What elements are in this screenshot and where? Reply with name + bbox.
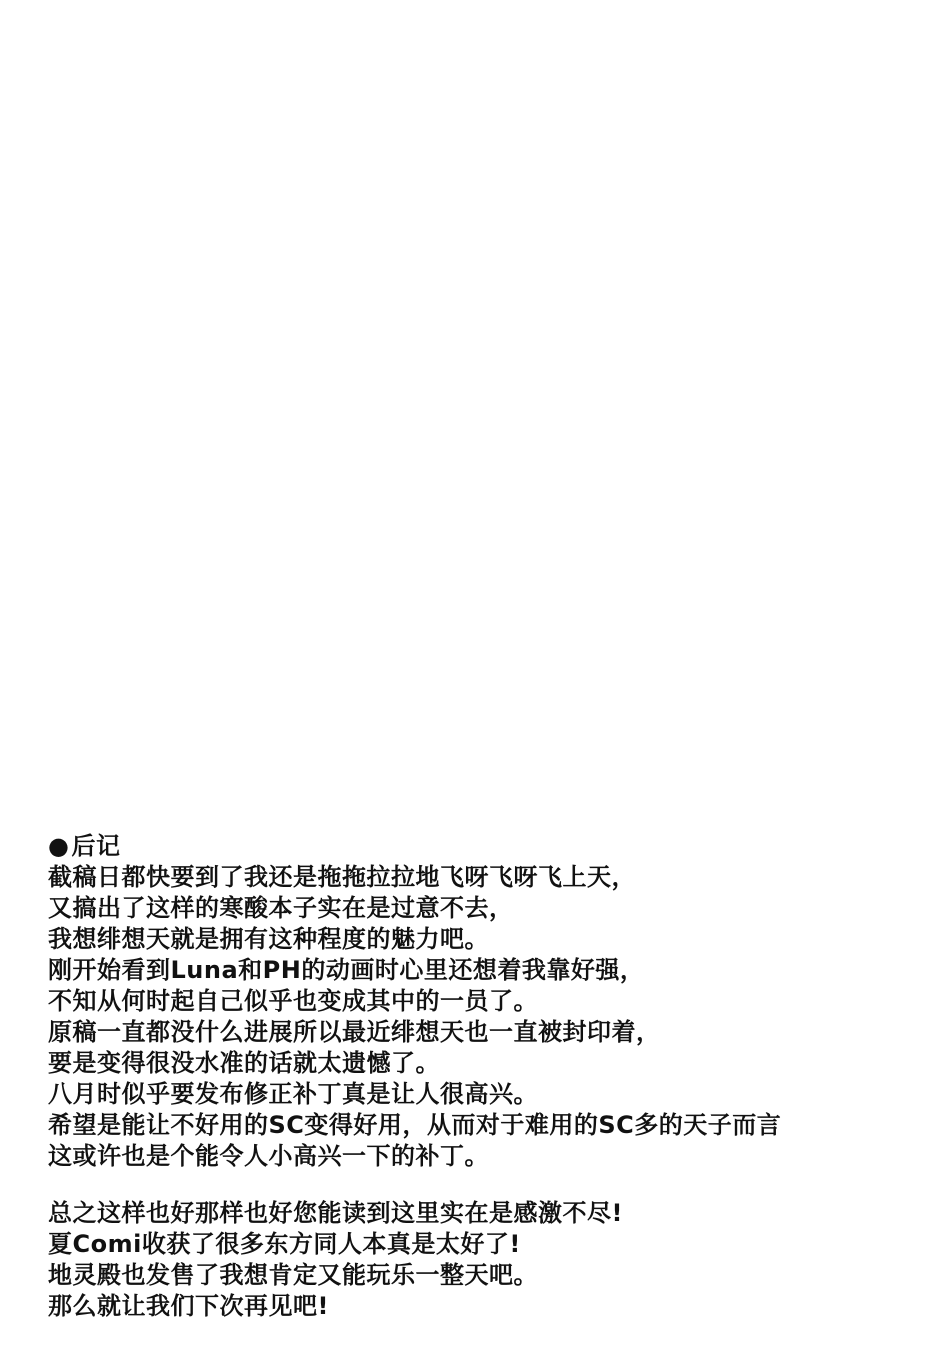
afterword-line: 刚开始看到Luna和PH的动画时心里还想着我靠好强，	[48, 955, 908, 986]
afterword-line: 又搞出了这样的寒酸本子实在是过意不去，	[48, 893, 908, 924]
afterword-line: 地灵殿也发售了我想肯定又能玩乐一整天吧。	[48, 1260, 908, 1291]
afterword-line: 那么就让我们下次再见吧!	[48, 1291, 908, 1322]
afterword-line: 截稿日都快要到了我还是拖拖拉拉地飞呀飞呀飞上天，	[48, 862, 908, 893]
afterword-page: ● 后记 截稿日都快要到了我还是拖拖拉拉地飞呀飞呀飞上天， 又搞出了这样的寒酸本…	[0, 0, 938, 1360]
afterword-paragraph-1: 截稿日都快要到了我还是拖拖拉拉地飞呀飞呀飞上天， 又搞出了这样的寒酸本子实在是过…	[48, 862, 908, 1172]
afterword-heading-label: 后记	[71, 831, 120, 862]
afterword-line: 总之这样也好那样也好您能读到这里实在是感激不尽!	[48, 1198, 908, 1229]
bullet-icon: ●	[48, 831, 69, 862]
afterword-line: 原稿一直都没什么进展所以最近绯想天也一直被封印着，	[48, 1017, 908, 1048]
afterword-line: 这或许也是个能令人小高兴一下的补丁。	[48, 1141, 908, 1172]
afterword-paragraph-2: 总之这样也好那样也好您能读到这里实在是感激不尽! 夏Comi收获了很多东方同人本…	[48, 1198, 908, 1322]
afterword-heading: ● 后记	[48, 831, 908, 862]
afterword-line: 不知从何时起自己似乎也变成其中的一员了。	[48, 986, 908, 1017]
afterword-line: 要是变得很没水准的话就太遗憾了。	[48, 1048, 908, 1079]
afterword-line: 夏Comi收获了很多东方同人本真是太好了!	[48, 1229, 908, 1260]
afterword-line: 我想绯想天就是拥有这种程度的魅力吧。	[48, 924, 908, 955]
afterword-line: 希望是能让不好用的SC变得好用，从而对于难用的SC多的天子而言	[48, 1110, 908, 1141]
afterword-text-block: ● 后记 截稿日都快要到了我还是拖拖拉拉地飞呀飞呀飞上天， 又搞出了这样的寒酸本…	[48, 831, 908, 1322]
afterword-line: 八月时似乎要发布修正补丁真是让人很高兴。	[48, 1079, 908, 1110]
